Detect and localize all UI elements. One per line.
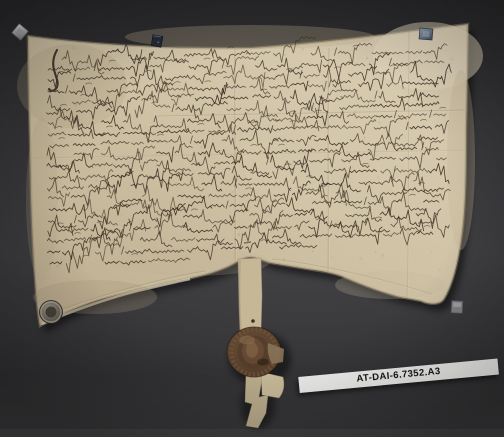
photo-canvas: AT-DAI-6.7352.A3 (0, 0, 504, 437)
tag-slit (244, 242, 251, 243)
seal-highlight (239, 336, 255, 345)
tag-hole (251, 319, 255, 323)
tag-strip (238, 258, 262, 333)
pin-top-left (12, 24, 29, 41)
board-bottom-strip (0, 429, 504, 437)
seal-crevice (257, 359, 269, 366)
pin-top-center (151, 35, 163, 48)
pin-bottom-left (40, 301, 63, 324)
pin-top-right (419, 28, 433, 40)
pin-bottom-right (451, 301, 463, 314)
